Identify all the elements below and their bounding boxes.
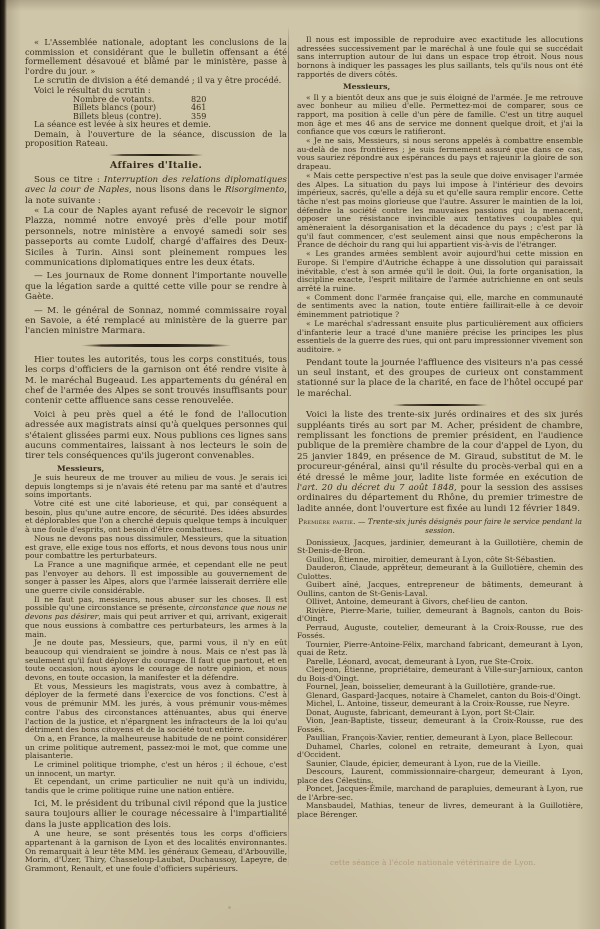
text-segment: Risorgimento [225,185,284,195]
paragraph: Le criminel politique triomphe, c'est un… [25,761,287,778]
paragraph: « Je ne sais, Messieurs, si nous serons … [297,137,583,172]
paragraph: « L'Assemblée nationale, adoptant les co… [25,38,287,76]
text-segment: Première partie. [298,517,356,526]
paragraph: La France a une magnifique armée, et cep… [25,561,287,596]
juror-entry: Rivière, Pierre-Marie, tuilier, demeuran… [297,607,583,624]
paragraph: « Il y a bientôt deux ans que je suis él… [297,94,583,138]
newspaper-page: « L'Assemblée nationale, adoptant les co… [0,0,600,929]
paper-speck [548,116,552,119]
paragraph: Voici à peu près quel a été le fond de l… [25,410,287,462]
juror-entry: Tournier, Pierre-Antoine-Félix, marchand… [297,641,583,658]
speech-label: Messieurs, [25,464,287,473]
juror-entry: Mansbaudel, Mathias, teneur de livres, d… [297,802,583,819]
paragraph: Voici le résultat du scrutin : [25,86,287,96]
paragraph: « Les grandes armées semblent avoir aujo… [297,250,583,294]
vote-row: Nombre de votants.820 [25,95,287,103]
divider-rule [81,344,231,347]
juror-entry: Vion, Jean-Baptiste, tisseur, demeurant … [297,717,583,734]
paragraph: — Les journaux de Rome donnent l'importa… [25,271,287,302]
divider-rule [392,404,488,406]
paragraph: « Mais cette perspective n'est pas la se… [297,172,583,250]
speech-label: Messieurs, [297,82,583,91]
text-segment: Voici la liste des trente-six jurés ordi… [297,410,583,482]
right-column: Il nous est impossible de reproduire ave… [297,36,583,819]
paragraph: Pendant toute la journée l'affluence des… [297,358,583,400]
right-column-articles: Il nous est impossible de reproduire ave… [297,36,583,536]
scan-left-edge [0,0,7,929]
juror-entry: Descours, Laurent, commissionnaire-charg… [297,768,583,785]
juror-entry: Poncet, Jacques-Émile, marchand de parap… [297,785,583,802]
juror-entry: Dauderon, Claude, apprêteur, demeurant à… [297,564,583,581]
left-column: « L'Assemblée nationale, adoptant les co… [25,38,287,874]
paragraph: Et cependant, un crime particulier ne nu… [25,778,287,795]
paragraph: « Le maréchal s'adressant ensuite plus p… [297,320,583,355]
paragraph: Ici, M. le président du tribunal civil r… [25,799,287,830]
paragraph: Nous ne devons pas nous dissimuler, Mess… [25,535,287,561]
text-segment: , nous lisons dans le [129,185,225,195]
paragraph: Et vous, Messieurs les magistrats, vous … [25,683,287,735]
paragraph: Je suis heureux de me trouver au milieu … [25,474,287,500]
paper-speck [228,906,231,909]
juror-entry: Donissieux, Jacques, jardinier, demeuran… [297,539,583,556]
text-segment: Trente-six jurés désignés pour faire le … [368,517,582,535]
juror-entry: Clerjeon, Étienne, propriétaire, demeura… [297,666,583,683]
paragraph: A une heure, se sont présentés tous les … [25,830,287,874]
paragraph: Votre cité est une cité laborieuse, et q… [25,500,287,535]
paragraph: « Comment donc l'armée française qui, el… [297,294,583,320]
text-segment: — [356,517,368,526]
juror-entry: Perraud, Auguste, coutelier, demeurant à… [297,624,583,641]
section-subheading: Première partie. — Trente-six jurés dési… [297,518,583,536]
paragraph: On a, en France, la malheureuse habitude… [25,735,287,761]
paragraph: Hier toutes les autorités, tous les corp… [25,355,287,407]
bleed-through-text: cette séance à l'école nationale vétérin… [330,858,536,867]
divider-rule [108,154,204,156]
paragraph: Je ne doute pas, Messieurs, que, parmi v… [25,639,287,683]
juror-entry: Guibert aîné, Jacques, entrepreneur de b… [297,581,583,598]
text-segment: Sous ce titre : [34,175,104,185]
juror-list: Donissieux, Jacques, jardinier, demeuran… [297,539,583,820]
juror-entry: Duhamel, Charles, colonel en retraite, d… [297,743,583,760]
paragraph: Il ne faut pas, messieurs, nous abuser s… [25,596,287,640]
paragraph: — M. le général de Sonnaz, nommé commiss… [25,306,287,337]
paragraph: Demain, à l'ouverture de la séance, disc… [25,130,287,149]
paragraph: Voici la liste des trente-six jurés ordi… [297,410,583,514]
text-segment: l'art. 20 du décret du 7 août 1848 [297,483,454,493]
paragraph: Sous ce titre : Interruption des relatio… [25,175,287,206]
paragraph: Il nous est impossible de reproduire ave… [297,36,583,80]
column-rule [288,28,289,866]
paragraph: « La cour de Naples ayant refusé de rece… [25,206,287,268]
article-heading: Affaires d'Italie. [25,160,287,171]
